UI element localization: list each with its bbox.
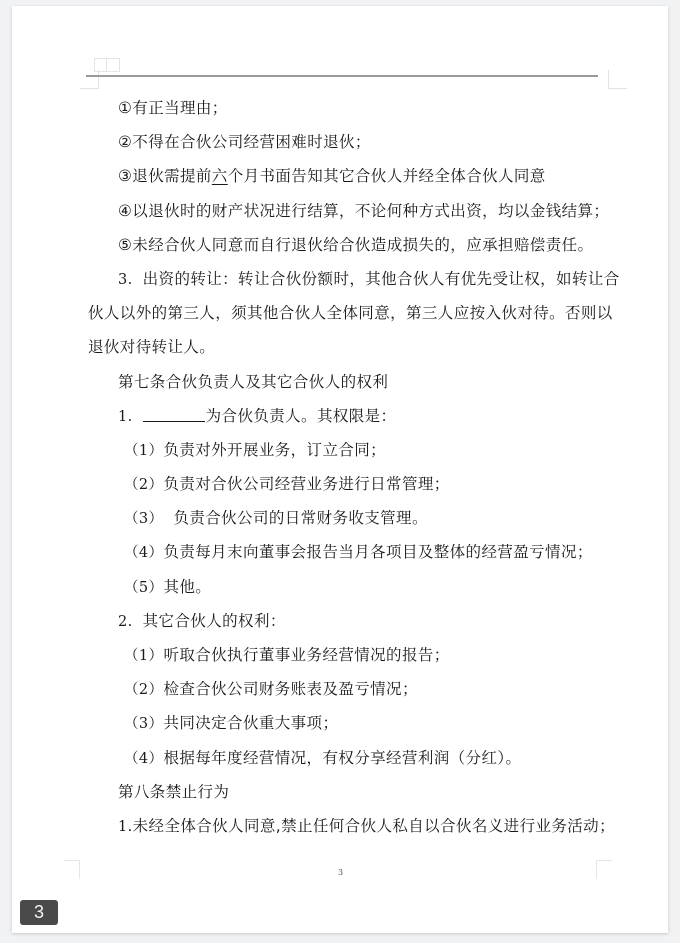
list-item: （4）负责每月末向董事会报告当月各项目及整体的经营盈亏情况； bbox=[88, 535, 608, 569]
paragraph: ③退伙需提前六个月书面告知其它合伙人并经全体合伙人同意 bbox=[88, 159, 608, 193]
document-page: ①有正当理由； ②不得在合伙公司经营困难时退伙； ③退伙需提前六个月书面告知其它… bbox=[12, 6, 668, 933]
paragraph: 2.其它合伙人的权利： bbox=[88, 604, 608, 638]
section-heading: 第八条禁止行为 bbox=[88, 775, 608, 809]
list-item: （2）负责对合伙公司经营业务进行日常管理； bbox=[88, 467, 608, 501]
paragraph: ⑤未经合伙人同意而自行退伙给合伙造成损失的，应承担赔偿责任。 bbox=[88, 228, 608, 262]
paragraph: 3.出资的转让：转让合伙份额时，其他合伙人有优先受让权，如转让合 bbox=[88, 262, 608, 296]
list-item: （3）负责合伙公司的日常财务收支管理。 bbox=[88, 501, 608, 535]
paragraph: ①有正当理由； bbox=[88, 91, 608, 125]
page-number-badge: 3 bbox=[20, 900, 58, 925]
list-item: （3）共同决定合伙重大事项； bbox=[88, 706, 608, 740]
list-item: （4）根据每年度经营情况，有权分享经营利润（分红）。 bbox=[88, 741, 608, 775]
paragraph: 伙人以外的第三人，须其他合伙人全体同意，第三人应按入伙对待。否则以 bbox=[88, 296, 608, 330]
crop-mark-top-right bbox=[608, 70, 627, 89]
document-body: ①有正当理由； ②不得在合伙公司经营困难时退伙； ③退伙需提前六个月书面告知其它… bbox=[88, 91, 608, 843]
paragraph: 退伙对待转让人。 bbox=[88, 330, 608, 364]
crop-mark-bottom-left bbox=[64, 860, 80, 879]
list-item: （5）其他。 bbox=[88, 570, 608, 604]
paragraph: 1.未经全体合伙人同意,禁止任何合伙人私自以合伙名义进行业务活动； bbox=[88, 809, 608, 843]
crop-mark-bottom-right bbox=[596, 860, 612, 879]
paragraph: ②不得在合伙公司经营困难时退伙； bbox=[88, 125, 608, 159]
crop-mark-top-left bbox=[80, 70, 99, 89]
paragraph: ④以退伙时的财产状况进行结算，不论何种方式出资，均以金钱结算； bbox=[88, 194, 608, 228]
underlined-value: 六 bbox=[212, 167, 228, 185]
list-item: （1）听取合伙执行董事业务经营情况的报告； bbox=[88, 638, 608, 672]
paragraph: 1.为合伙负责人。其权限是： bbox=[88, 399, 608, 433]
section-heading: 第七条合伙负责人及其它合伙人的权利 bbox=[88, 365, 608, 399]
footer-page-number: 3 bbox=[338, 868, 343, 877]
blank-fill-line bbox=[143, 403, 205, 422]
list-item: （1）负责对外开展业务，订立合同； bbox=[88, 433, 608, 467]
list-item: （2）检查合伙公司财务账表及盈亏情况； bbox=[88, 672, 608, 706]
header-rule bbox=[86, 75, 598, 77]
